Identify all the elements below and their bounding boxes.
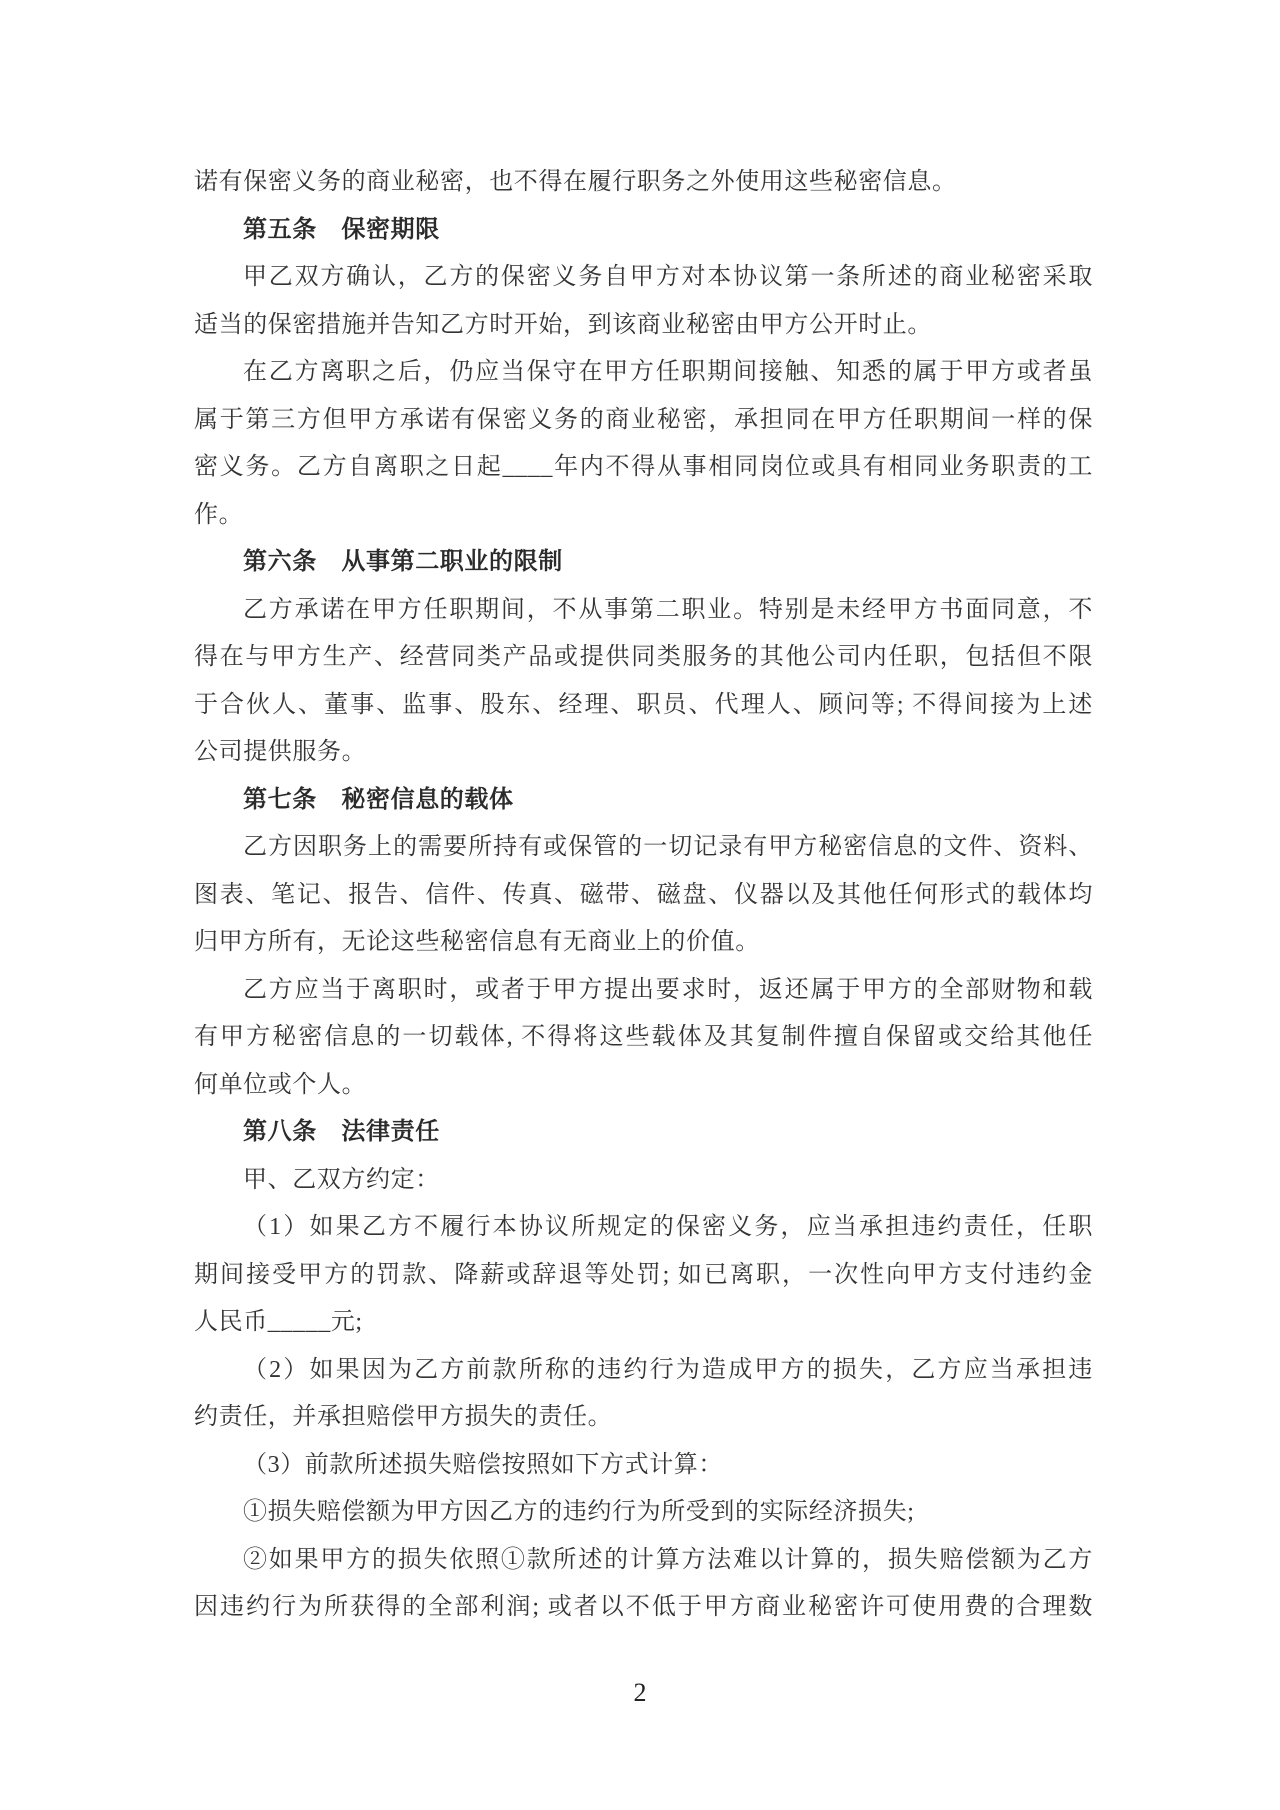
document-line: 有甲方秘密信息的一切载体, 不得将这些载体及其复制件擅自保留或交给其他任	[194, 1014, 1093, 1062]
document-line: 在乙方离职之后，仍应当保守在甲方任职期间接触、知悉的属于甲方或者虽	[194, 349, 1093, 397]
clause-heading: 第五条 保密期限	[194, 207, 1093, 255]
document-line: ②如果甲方的损失依照①款所述的计算方法难以计算的，损失赔偿额为乙方	[194, 1537, 1093, 1585]
clause-heading: 第六条 从事第二职业的限制	[194, 539, 1093, 587]
document-line: 人民币_____元;	[194, 1299, 1093, 1347]
document-line: 得在与甲方生产、经营同类产品或提供同类服务的其他公司内任职，包括但不限	[194, 634, 1093, 682]
document-line: （1）如果乙方不履行本协议所规定的保密义务，应当承担违约责任，任职	[194, 1204, 1093, 1252]
document-line: 诺有保密义务的商业秘密，也不得在履行职务之外使用这些秘密信息。	[194, 159, 1093, 207]
document-line: 因违约行为所获得的全部利润; 或者以不低于甲方商业秘密许可使用费的合理数	[194, 1584, 1093, 1632]
document-line: 期间接受甲方的罚款、降薪或辞退等处罚; 如已离职，一次性向甲方支付违约金	[194, 1252, 1093, 1300]
document-line: 约责任，并承担赔偿甲方损失的责任。	[194, 1394, 1093, 1442]
document-line: 作。	[194, 492, 1093, 540]
document-line: 乙方因职务上的需要所持有或保管的一切记录有甲方秘密信息的文件、资料、	[194, 824, 1093, 872]
page-number: 2	[0, 1667, 1280, 1719]
clause-heading: 第八条 法律责任	[194, 1109, 1093, 1157]
document-line: （3）前款所述损失赔偿按照如下方式计算：	[194, 1442, 1093, 1490]
document-line: 归甲方所有，无论这些秘密信息有无商业上的价值。	[194, 919, 1093, 967]
document-line: 适当的保密措施并告知乙方时开始，到该商业秘密由甲方公开时止。	[194, 302, 1093, 350]
document-line: 公司提供服务。	[194, 729, 1093, 777]
document-line: （2）如果因为乙方前款所称的违约行为造成甲方的损失，乙方应当承担违	[194, 1347, 1093, 1395]
document-line: 何单位或个人。	[194, 1062, 1093, 1110]
document-line: 甲、乙双方约定：	[194, 1157, 1093, 1205]
document-line: ①损失赔偿额为甲方因乙方的违约行为所受到的实际经济损失;	[194, 1489, 1093, 1537]
document-line: 图表、笔记、报告、信件、传真、磁带、磁盘、仪器以及其他任何形式的载体均	[194, 872, 1093, 920]
document-line: 密义务。乙方自离职之日起____年内不得从事相同岗位或具有相同业务职责的工	[194, 444, 1093, 492]
document-line: 乙方承诺在甲方任职期间，不从事第二职业。特别是未经甲方书面同意，不	[194, 587, 1093, 635]
document-page: 诺有保密义务的商业秘密，也不得在履行职务之外使用这些秘密信息。第五条 保密期限甲…	[0, 0, 1280, 1810]
document-body: 诺有保密义务的商业秘密，也不得在履行职务之外使用这些秘密信息。第五条 保密期限甲…	[194, 159, 1093, 1632]
document-line: 乙方应当于离职时，或者于甲方提出要求时，返还属于甲方的全部财物和载	[194, 967, 1093, 1015]
document-line: 于合伙人、董事、监事、股东、经理、职员、代理人、顾问等; 不得间接为上述	[194, 682, 1093, 730]
document-line: 甲乙双方确认，乙方的保密义务自甲方对本协议第一条所述的商业秘密采取	[194, 254, 1093, 302]
document-line: 属于第三方但甲方承诺有保密义务的商业秘密，承担同在甲方任职期间一样的保	[194, 397, 1093, 445]
clause-heading: 第七条 秘密信息的载体	[194, 777, 1093, 825]
